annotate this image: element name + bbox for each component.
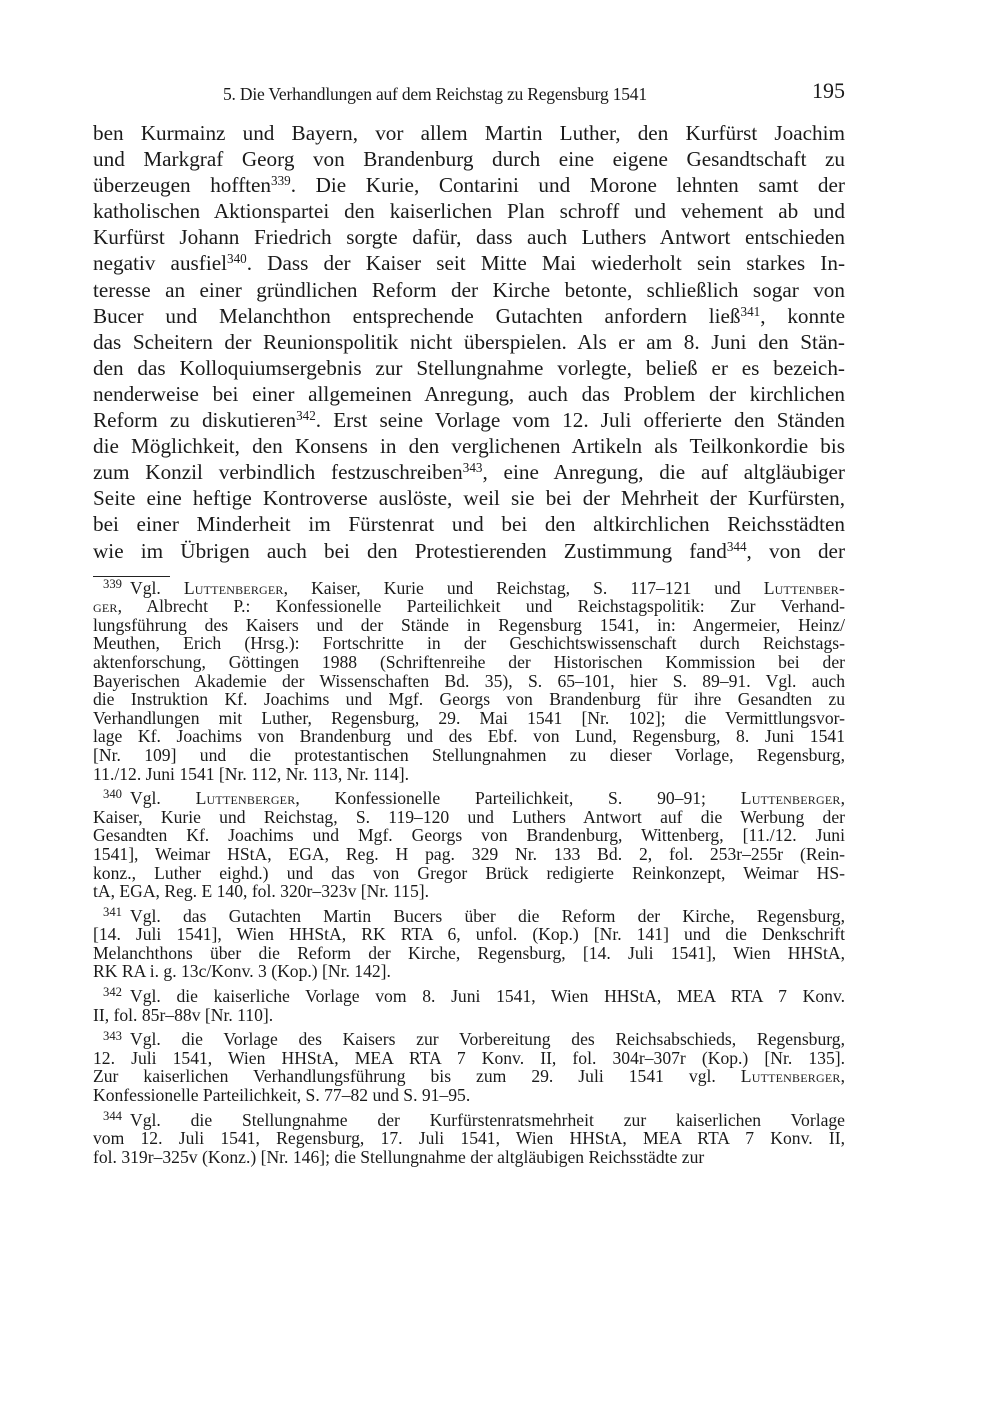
text-run: konz., Luther eighd.) und das von Gregor…	[93, 863, 845, 883]
text-run: Verhandlungen mit Luther, Regensburg, 29…	[93, 708, 845, 728]
footnote-341: 341Vgl. das Gutachten Martin Bucers über…	[93, 907, 845, 981]
text-run: . Die Kurie, Contarini und Morone lehnte…	[291, 173, 845, 197]
footnote-line: 340Vgl. Luttenberger, Konfessionelle Par…	[93, 789, 845, 808]
text-run: Bayerischen Akademie der Wissenschaften …	[93, 671, 845, 691]
text-run: ben Kurmainz und Bayern, vor allem Marti…	[93, 121, 845, 145]
author-name: Luttenberger	[196, 788, 296, 808]
text-line: die Möglichkeit, den Konsens in den verg…	[93, 433, 845, 459]
text-run: überzeugen hofften	[93, 173, 271, 197]
text-run: Reform zu diskutieren	[93, 408, 296, 432]
text-run: Gesandten Kf. Joachims und Mgf. Georgs v…	[93, 825, 845, 845]
text-run: Zur kaiserlichen Verhandlungsführung bis…	[93, 1066, 741, 1086]
text-run: lage Kf. Joachims von Brandenburg und de…	[93, 726, 845, 746]
footnote-line: 341Vgl. das Gutachten Martin Bucers über…	[93, 907, 845, 926]
text-line: Seite eine heftige Kontroverse auslöste,…	[93, 485, 845, 511]
text-run: [14. Juli 1541], Wien HHStA, RK RTA 6, u…	[93, 924, 845, 944]
footnote-reference[interactable]: 343	[463, 460, 483, 475]
footnote-number: 339	[103, 577, 122, 591]
text-run: Vgl.	[130, 788, 196, 808]
author-name: ger	[93, 596, 118, 616]
text-run: ,	[841, 1066, 845, 1086]
footnote-line: fol. 319r–325v (Konz.) [Nr. 146]; die St…	[93, 1148, 845, 1167]
footnote-line: konz., Luther eighd.) und das von Gregor…	[93, 864, 845, 883]
text-run: Melanchthons über die Reform der Kirche,…	[93, 943, 845, 963]
text-run: ,	[841, 788, 845, 808]
text-run: vom 12. Juli 1541, Regensburg, 17. Juli …	[93, 1128, 845, 1148]
footnote-number: 341	[103, 905, 122, 919]
footnote-line: 12. Juli 1541, Wien HHStA, MEA RTA 7 Kon…	[93, 1049, 845, 1068]
author-name: Luttenber-	[764, 578, 845, 598]
text-run: die Möglichkeit, den Konsens in den verg…	[93, 434, 845, 458]
footnote-reference[interactable]: 339	[271, 173, 291, 188]
text-run: bei einer Minderheit im Fürstenrat und b…	[93, 512, 845, 536]
footnote-line: 344Vgl. die Stellungnahme der Kurfürsten…	[93, 1111, 845, 1130]
page-number: 195	[812, 78, 845, 104]
footnote-line: [Nr. 109] und die protestantischen Stell…	[93, 746, 845, 765]
footnote-line: [14. Juli 1541], Wien HHStA, RK RTA 6, u…	[93, 925, 845, 944]
footnote-line: Verhandlungen mit Luther, Regensburg, 29…	[93, 709, 845, 728]
text-run: negativ ausfiel	[93, 251, 227, 275]
text-run: Kurfürst Johann Friedrich sorgte dafür, …	[93, 225, 845, 249]
book-page: 5. Die Verhandlungen auf dem Reichstag z…	[93, 78, 845, 1172]
footnotes: 339Vgl. Luttenberger, Kaiser, Kurie und …	[93, 579, 845, 1167]
footnote-line: Melanchthons über die Reform der Kirche,…	[93, 944, 845, 963]
footnote-339: 339Vgl. Luttenberger, Kaiser, Kurie und …	[93, 579, 845, 784]
text-run: , Albrecht P.: Konfessionelle Parteilich…	[118, 596, 845, 616]
text-run: 12. Juli 1541, Wien HHStA, MEA RTA 7 Kon…	[93, 1048, 845, 1068]
footnote-reference[interactable]: 340	[227, 251, 247, 266]
footnote-number: 342	[103, 985, 122, 999]
text-run: [Nr. 109] und die protestantischen Stell…	[93, 745, 845, 765]
text-run: RK RA i. g. 13c/Konv. 3 (Kop.) [Nr. 142]…	[93, 961, 391, 981]
text-run: , von der	[747, 539, 845, 563]
text-run: Seite eine heftige Kontroverse auslöste,…	[93, 486, 845, 510]
text-run: Vgl. die Stellungnahme der Kurfürstenrat…	[130, 1110, 845, 1130]
text-line: bei einer Minderheit im Fürstenrat und b…	[93, 511, 845, 537]
text-line: negativ ausfiel340. Dass der Kaiser seit…	[93, 250, 845, 276]
text-run: , Konfessionelle Parteilichkeit, S. 90–9…	[295, 788, 740, 808]
footnote-reference[interactable]: 341	[741, 303, 761, 318]
text-run: Vgl. die Vorlage des Kaisers zur Vorbere…	[130, 1029, 845, 1049]
text-run: teresse an einer gründlichen Reform der …	[93, 278, 845, 302]
text-run: und Markgraf Georg von Brandenburg durch…	[93, 147, 845, 171]
footnote-343: 343Vgl. die Vorlage des Kaisers zur Vorb…	[93, 1030, 845, 1104]
footnote-line: 1541], Weimar HStA, EGA, Reg. H pag. 329…	[93, 845, 845, 864]
footnote-line: 339Vgl. Luttenberger, Kaiser, Kurie und …	[93, 579, 845, 598]
text-run: Vgl. die kaiserliche Vorlage vom 8. Juni…	[130, 986, 845, 1006]
text-line: und Markgraf Georg von Brandenburg durch…	[93, 146, 845, 172]
footnote-number: 340	[103, 787, 122, 801]
author-name: Luttenberger	[741, 1066, 841, 1086]
text-run: lungsführung des Kaisers und der Stände …	[93, 615, 845, 635]
footnote-line: 343Vgl. die Vorlage des Kaisers zur Vorb…	[93, 1030, 845, 1049]
footnote-line: ger, Albrecht P.: Konfessionelle Parteil…	[93, 597, 845, 616]
text-line: nenderweise bei einer allgemeinen Anregu…	[93, 381, 845, 407]
text-run: wie im Übrigen auch bei den Protestieren…	[93, 539, 727, 563]
footnote-number: 344	[103, 1109, 122, 1123]
footnote-line: tA, EGA, Reg. E 140, fol. 320r–323v [Nr.…	[93, 882, 845, 901]
running-head: 5. Die Verhandlungen auf dem Reichstag z…	[93, 78, 845, 108]
author-name: Luttenberger	[741, 788, 841, 808]
footnote-line: II, fol. 85r–88v [Nr. 110].	[93, 1006, 845, 1025]
footnote-line: Kaiser, Kurie und Reichstag, S. 119–120 …	[93, 808, 845, 827]
text-run: das Scheitern der Reunionspolitik nicht …	[93, 330, 845, 354]
footnote-reference[interactable]: 342	[296, 408, 316, 423]
footnote-line: Konfessionelle Parteilichkeit, S. 77–82 …	[93, 1086, 845, 1105]
text-run: II, fol. 85r–88v [Nr. 110].	[93, 1005, 273, 1025]
footnote-line: lage Kf. Joachims von Brandenburg und de…	[93, 727, 845, 746]
running-title: 5. Die Verhandlungen auf dem Reichstag z…	[223, 84, 647, 105]
text-line: ben Kurmainz und Bayern, vor allem Marti…	[93, 120, 845, 146]
footnote-line: 11./12. Juni 1541 [Nr. 112, Nr. 113, Nr.…	[93, 765, 845, 784]
text-run: den das Kolloquiumsergebnis zur Stellung…	[93, 356, 845, 380]
text-run: 11./12. Juni 1541 [Nr. 112, Nr. 113, Nr.…	[93, 764, 409, 784]
text-run: katholischen Aktionspartei den kaiserlic…	[93, 199, 845, 223]
text-line: wie im Übrigen auch bei den Protestieren…	[93, 538, 845, 564]
text-run: . Erst seine Vorlage vom 12. Juli offeri…	[316, 408, 845, 432]
footnote-line: die Instruktion Kf. Joachims und Mgf. Ge…	[93, 690, 845, 709]
text-line: Kurfürst Johann Friedrich sorgte dafür, …	[93, 224, 845, 250]
footnote-line: Gesandten Kf. Joachims und Mgf. Georgs v…	[93, 826, 845, 845]
footnote-line: aktenforschung, Göttingen 1988 (Schrifte…	[93, 653, 845, 672]
footnote-line: Zur kaiserlichen Verhandlungsführung bis…	[93, 1067, 845, 1086]
main-text: ben Kurmainz und Bayern, vor allem Marti…	[93, 120, 845, 564]
footnote-line: vom 12. Juli 1541, Regensburg, 17. Juli …	[93, 1129, 845, 1148]
text-run: Vgl. das Gutachten Martin Bucers über di…	[130, 906, 845, 926]
text-run: fol. 319r–325v (Konz.) [Nr. 146]; die St…	[93, 1147, 704, 1167]
text-run: Vgl.	[130, 578, 184, 598]
text-run: nenderweise bei einer allgemeinen Anregu…	[93, 382, 845, 406]
text-run: . Dass der Kaiser seit Mitte Mai wiederh…	[247, 251, 845, 275]
footnote-line: 342Vgl. die kaiserliche Vorlage vom 8. J…	[93, 987, 845, 1006]
text-run: Meuthen, Erich (Hrsg.): Fortschritte in …	[93, 633, 845, 653]
text-line: Reform zu diskutieren342. Erst seine Vor…	[93, 407, 845, 433]
footnote-line: Bayerischen Akademie der Wissenschaften …	[93, 672, 845, 691]
text-run: 1541], Weimar HStA, EGA, Reg. H pag. 329…	[93, 844, 845, 864]
footnote-reference[interactable]: 344	[727, 538, 747, 553]
text-line: überzeugen hofften339. Die Kurie, Contar…	[93, 172, 845, 198]
footnote-344: 344Vgl. die Stellungnahme der Kurfürsten…	[93, 1111, 845, 1167]
footnote-340: 340Vgl. Luttenberger, Konfessionelle Par…	[93, 789, 845, 901]
text-run: die Instruktion Kf. Joachims und Mgf. Ge…	[93, 689, 845, 709]
text-run: , Kaiser, Kurie und Reichstag, S. 117–12…	[284, 578, 764, 598]
text-run: Kaiser, Kurie und Reichstag, S. 119–120 …	[93, 807, 845, 827]
text-line: teresse an einer gründlichen Reform der …	[93, 277, 845, 303]
text-run: Bucer und Melanchthon entsprechende Guta…	[93, 304, 741, 328]
footnote-342: 342Vgl. die kaiserliche Vorlage vom 8. J…	[93, 987, 845, 1024]
footnote-line: RK RA i. g. 13c/Konv. 3 (Kop.) [Nr. 142]…	[93, 962, 845, 981]
footnote-line: Meuthen, Erich (Hrsg.): Fortschritte in …	[93, 634, 845, 653]
text-line: das Scheitern der Reunionspolitik nicht …	[93, 329, 845, 355]
text-line: katholischen Aktionspartei den kaiserlic…	[93, 198, 845, 224]
text-line: den das Kolloquiumsergebnis zur Stellung…	[93, 355, 845, 381]
author-name: Luttenberger	[184, 578, 284, 598]
text-run: zum Konzil verbindlich festzuschreiben	[93, 460, 463, 484]
text-run: Konfessionelle Parteilichkeit, S. 77–82 …	[93, 1085, 470, 1105]
footnote-line: lungsführung des Kaisers und der Stände …	[93, 616, 845, 635]
text-line: zum Konzil verbindlich festzuschreiben34…	[93, 459, 845, 485]
footnote-number: 343	[103, 1029, 122, 1043]
text-run: , eine Anregung, die auf altgläubiger	[482, 460, 845, 484]
text-run: tA, EGA, Reg. E 140, fol. 320r–323v [Nr.…	[93, 881, 429, 901]
text-line: Bucer und Melanchthon entsprechende Guta…	[93, 303, 845, 329]
text-run: aktenforschung, Göttingen 1988 (Schrifte…	[93, 652, 845, 672]
text-run: , konnte	[760, 304, 845, 328]
